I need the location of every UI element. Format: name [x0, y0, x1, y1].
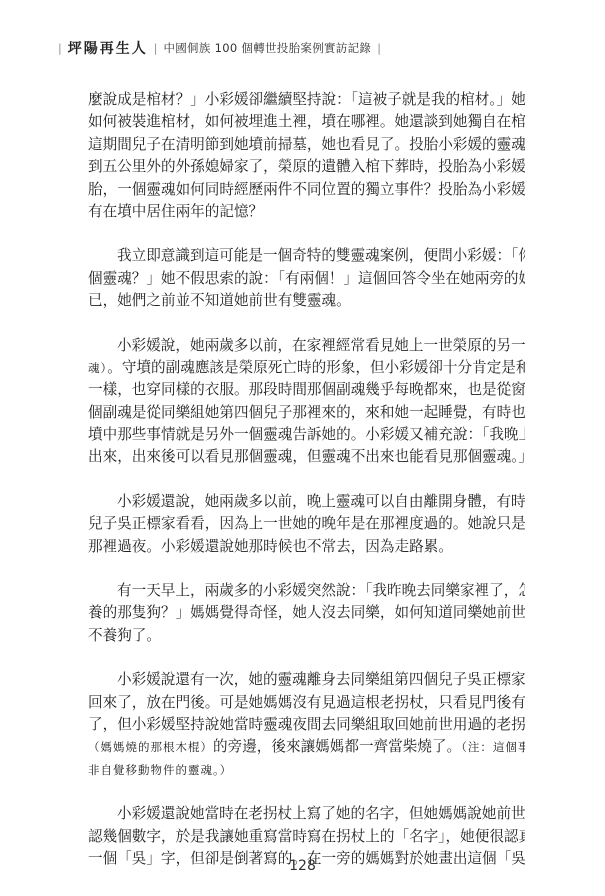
book-subtitle: 中國侗族 100 個轉世投胎案例實訪記錄 [163, 40, 371, 56]
text-line: 麼說成是棺材？」小彩媛卻繼續堅持說：「這被子就是我的棺材。」她接著描述她死後 [88, 89, 525, 111]
paragraph: 小彩媛還說，她兩歲多以前，晚上靈魂可以自由離開身體，有時會去同樂組第四個 兒子吳… [88, 491, 525, 558]
text-line: 一樣，也穿同樣的衣服。那段時間那個副魂幾乎每晚都來，也是從窗戶爬進來。她說那 [88, 379, 525, 401]
text-line: 了，但小彩媛堅持說她當時靈魂夜間去同樂組取回她前世用過的老拐杖，就放在新拐杖 [88, 714, 525, 736]
text-line: 小彩媛說還有一次，她的靈魂離身去同樂組第四個兒子吳正標家，把她的老拐杖拿 [88, 669, 525, 691]
text-line: 不養狗了。 [88, 625, 525, 647]
text-line: 回來了，放在門後。可是她媽媽沒有見過這根老拐杖，只看見門後有一根木棍，當柴燒 [88, 692, 525, 714]
header-divider: | [377, 42, 381, 55]
paragraph: 有一天早上，兩歲多的小彩媛突然說：「我昨晚去同樂家裡了，怎麼沒有看到以前 養的那… [88, 580, 525, 647]
text-line: 胎，一個靈魂如何同時經歷兩件不同位置的獨立事件？投胎為小彩媛的靈魂，又怎麼會 [88, 179, 525, 201]
text-line: 認幾個數字，於是我讓她重寫當時寫在拐杖上的「名字」，她便很認真也很快「畫」出 [88, 826, 525, 848]
text-segment: 小彩媛說，她兩歲多以前，在家裡經常看見她上一世榮原的另一個靈魂 [117, 337, 525, 354]
text-segment: 。守墳的副魂應該是榮原死亡時的形象，但小彩媛卻十分肯定是和自己的外觀一模 [107, 359, 525, 376]
text-line: 兒子吳正標家看看，因為上一世她的晚年是在那裡度過的。她說只是看看就回來，不在 [88, 513, 525, 535]
text-line: 我立即意識到這可能是一個奇特的雙靈魂案例，便問小彩媛：「你上一輩子有幾 [88, 245, 525, 267]
text-line: 個副魂是從同樂組她第四個兒子那裡來的，來和她一起睡覺，有時也和她說說話。比如 [88, 402, 525, 424]
inline-note: （注：這個事件證明人能 [461, 740, 525, 754]
text-line: 小彩媛還說，她兩歲多以前，晚上靈魂可以自由離開身體，有時會去同樂組第四個 [88, 491, 525, 513]
page-body: 麼說成是棺材？」小彩媛卻繼續堅持說：「這被子就是我的棺材。」她接著描述她死後 如… [88, 89, 525, 892]
text-line: 非自覺移動物件的靈魂。） [88, 759, 525, 781]
text-line: 這期間兒子在清明節到她墳前掃墓，她也看見了。投胎小彩媛的靈魂，在榮原死後當晚就 [88, 134, 525, 156]
text-line: 已，她們之前並不知道她前世有雙靈魂。 [88, 290, 525, 312]
text-line: 有在墳中居住兩年的記憶？ [88, 201, 525, 223]
book-title: 坪陽再生人 [68, 38, 148, 58]
paragraph: 小彩媛說還有一次，她的靈魂離身去同樂組第四個兒子吳正標家，把她的老拐杖拿 回來了… [88, 669, 525, 781]
inline-note: 非自覺移動物件的靈魂。） [88, 763, 232, 777]
text-line: 養的那隻狗？」媽媽覺得奇怪，她人沒去同樂，如何知道同樂她前世的第四個兒子家已 [88, 602, 525, 624]
page-number: 128 [0, 858, 605, 874]
inline-note: （媽媽燒的那根木棍） [88, 740, 213, 754]
text-line: 魂）。守墳的副魂應該是榮原死亡時的形象，但小彩媛卻十分肯定是和自己的外觀一模 [88, 357, 525, 379]
text-line: 小彩媛還說她當時在老拐杖上寫了她的名字，但她媽媽說她前世是文盲，可能僅會 [88, 803, 525, 825]
paragraph: 小彩媛說，她兩歲多以前，在家裡經常看見她上一世榮原的另一個靈魂（以下稱副 魂）。… [88, 335, 525, 469]
header-divider: | [58, 42, 62, 55]
text-line: 有一天早上，兩歲多的小彩媛突然說：「我昨晚去同樂家裡了，怎麼沒有看到以前 [88, 580, 525, 602]
text-line: 墳中那些事情就是另外一個靈魂告訴她的。小彩媛又補充說：「我晚上睡覺後靈魂可以 [88, 424, 525, 446]
inline-note: 魂） [88, 361, 107, 375]
paragraph: 麼說成是棺材？」小彩媛卻繼續堅持說：「這被子就是我的棺材。」她接著描述她死後 如… [88, 89, 525, 223]
text-line: （媽媽燒的那根木棍）的旁邊，後來讓媽媽都一齊當柴燒了。（注：這個事件證明人能 [88, 736, 525, 758]
running-header: | 坪陽再生人 | 中國侗族 100 個轉世投胎案例實訪記錄 | [52, 38, 387, 58]
text-line: 出來，出來後可以看見那個靈魂，但靈魂不出來也能看見那個靈魂。」 [88, 446, 525, 468]
paragraph: 我立即意識到這可能是一個奇特的雙靈魂案例，便問小彩媛：「你上一輩子有幾 個靈魂？… [88, 245, 525, 312]
text-line: 那裡過夜。小彩媛還說她那時候也不常去，因為走路累。 [88, 536, 525, 558]
text-line: 小彩媛說，她兩歲多以前，在家裡經常看見她上一世榮原的另一個靈魂（以下稱副 [88, 335, 525, 357]
header-divider: | [154, 42, 158, 55]
text-line: 如何被裝進棺材，如何被埋進土裡，墳在哪裡。她還談到她獨自在棺材裡呆了兩年， [88, 111, 525, 133]
text-line: 個靈魂？」她不假思索的說：「有兩個！」這個回答令坐在她兩旁的媽媽和奶奶驚訝不 [88, 268, 525, 290]
text-segment: 的旁邊，後來讓媽媽都一齊當柴燒了。 [213, 738, 461, 755]
text-line: 到五公里外的外孫媳婦家了，榮原的遺體入棺下葬時，投胎為小彩媛的靈魂正在緊張入 [88, 156, 525, 178]
